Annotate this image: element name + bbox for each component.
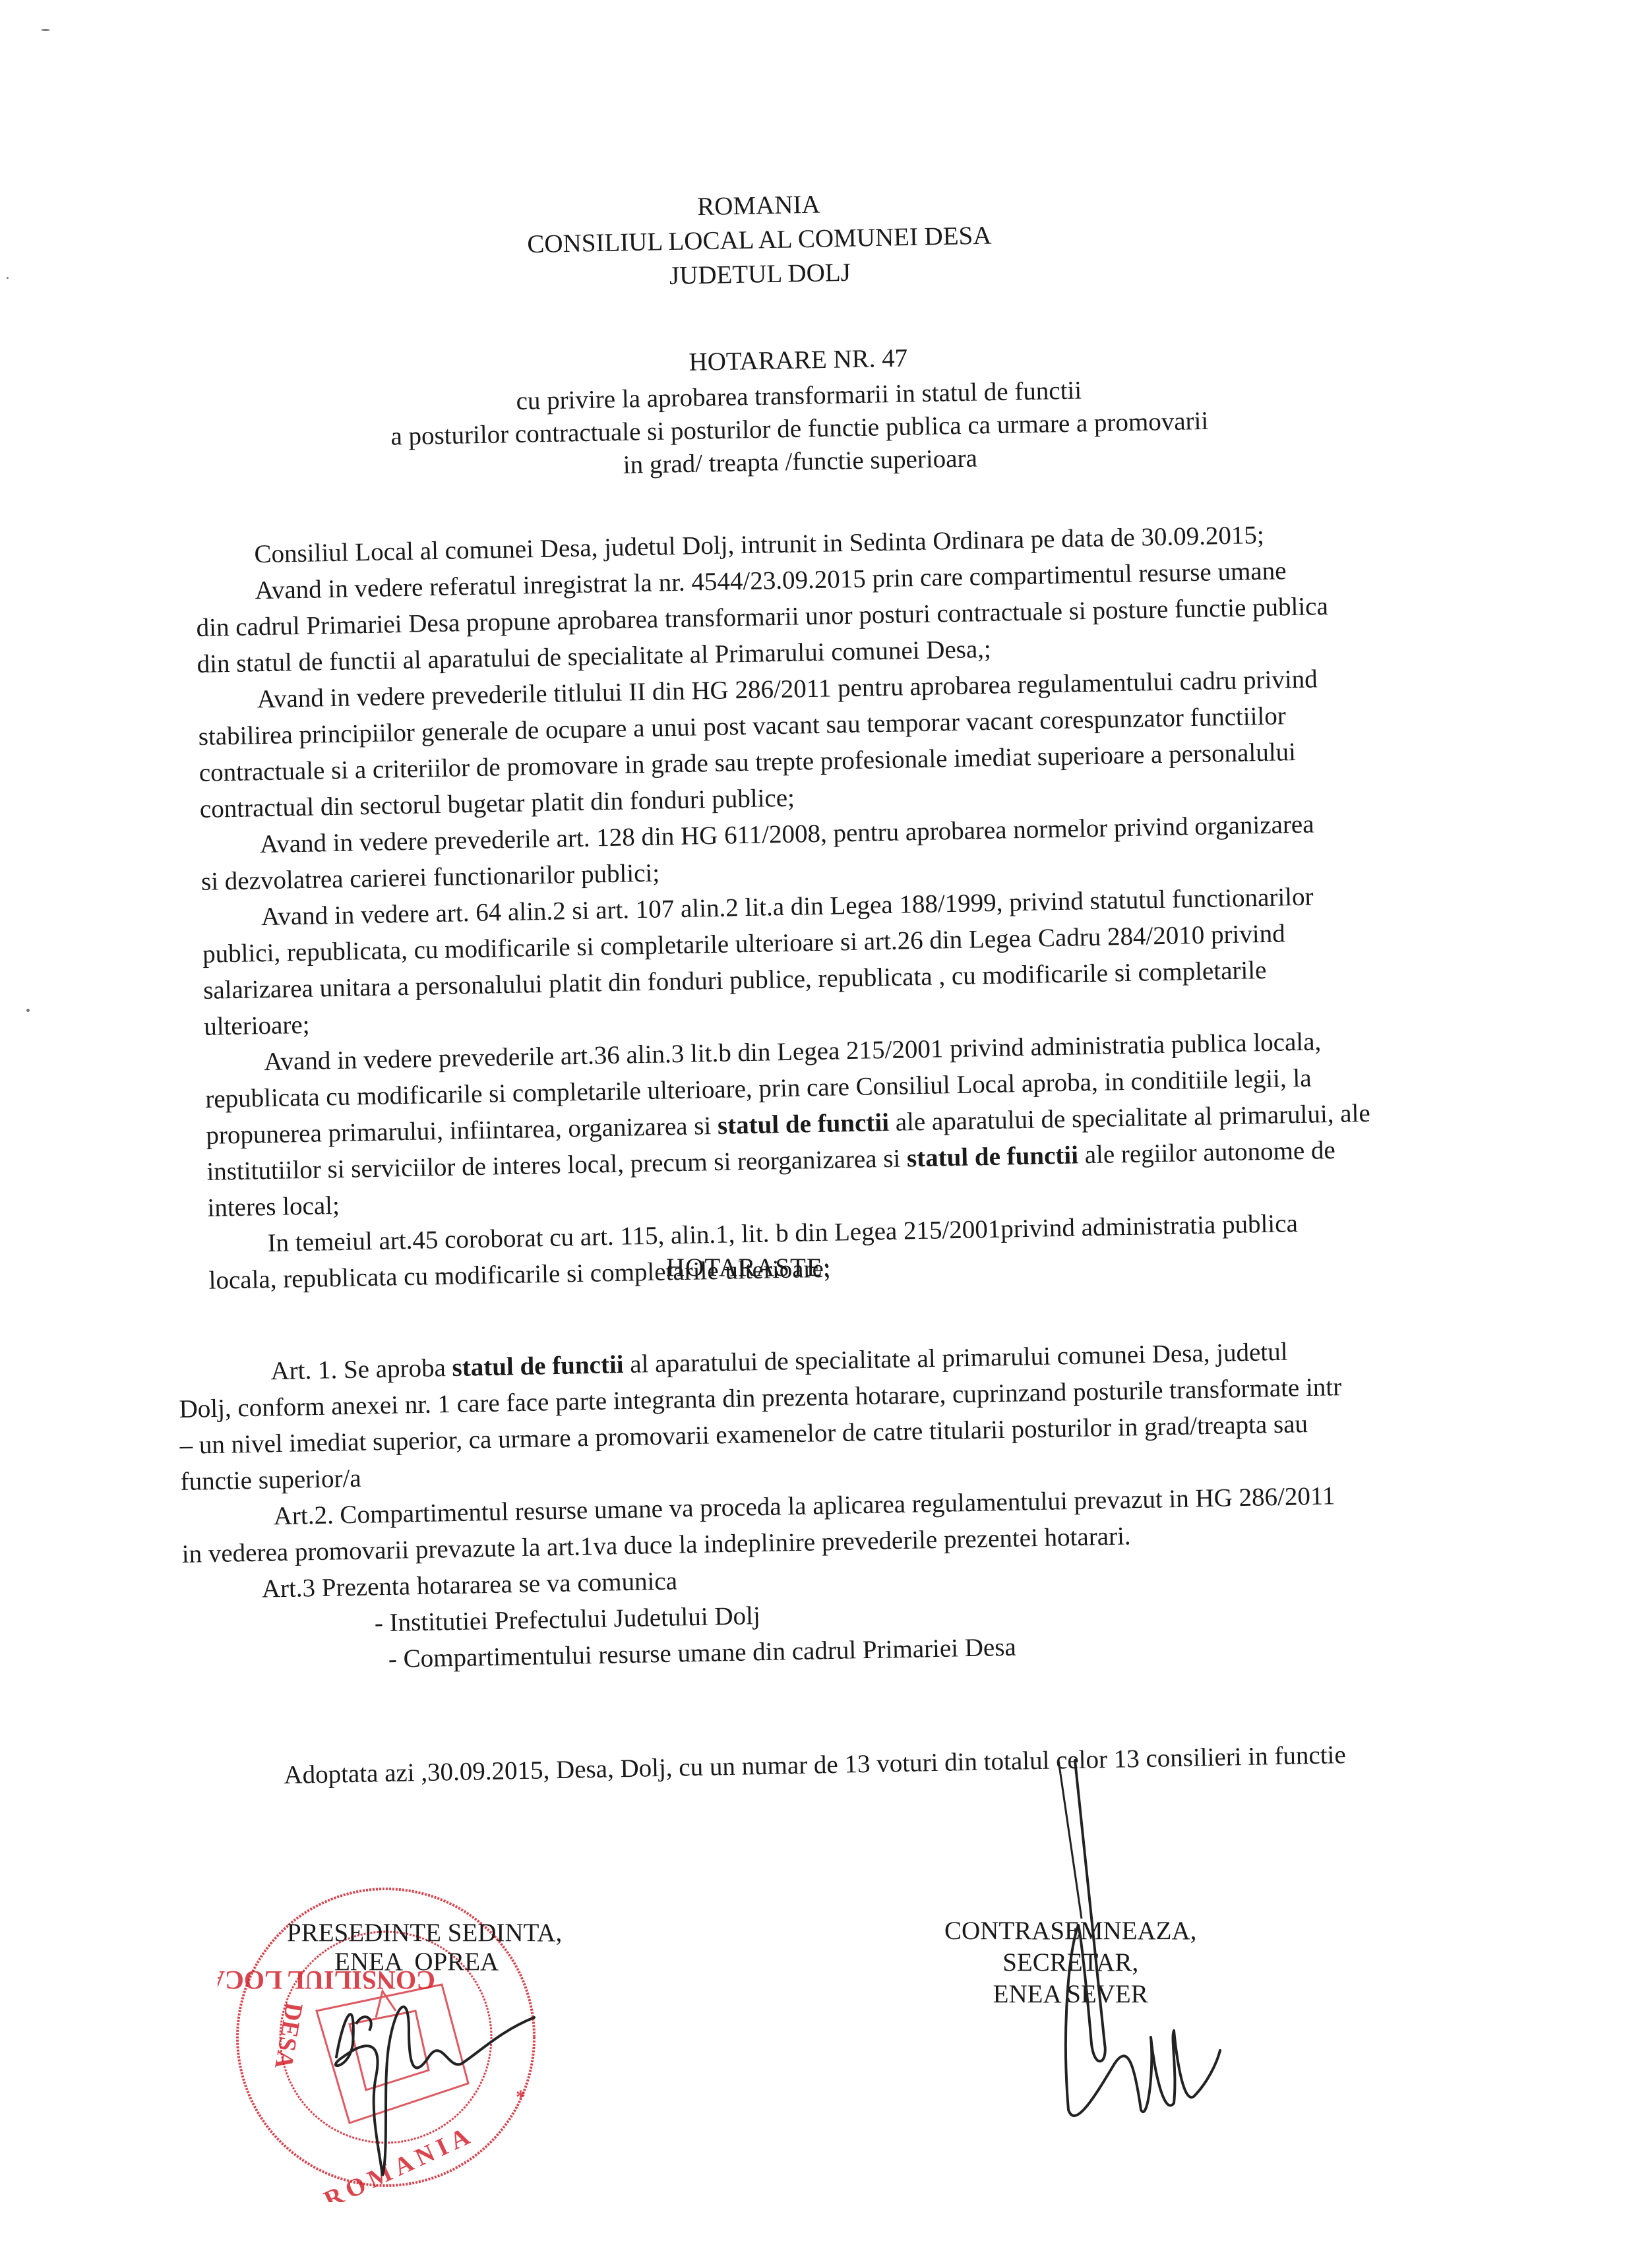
text-segment: propunerea primarului, infiintarea, orga… bbox=[206, 1112, 718, 1150]
articles-section: Art. 1. Se aproba statul de functii al a… bbox=[178, 1330, 1470, 1681]
preamble-paragraph: Avand in vedere prevederile art.36 alin.… bbox=[204, 1021, 1461, 1226]
decides-heading: HOTARASTE: bbox=[666, 1253, 831, 1282]
bold-term: statul de functii bbox=[718, 1108, 890, 1140]
scan-artifact bbox=[41, 29, 50, 31]
scan-artifact bbox=[26, 1009, 30, 1012]
article-1-prefix: Art. 1. Se aproba bbox=[270, 1354, 452, 1385]
text-segment: interes local; bbox=[207, 1191, 340, 1222]
president-name: ENEA OPREA bbox=[287, 1948, 562, 1977]
signature-block-president: PRESEDINTE SEDINTA, ENEA OPREA bbox=[287, 1919, 562, 1977]
decision-title-block: HOTARARE NR. 47 cu privire la aprobarea … bbox=[343, 336, 1256, 487]
president-role: PRESEDINTE SEDINTA, bbox=[287, 1919, 562, 1948]
scan-artifact bbox=[7, 277, 9, 279]
preamble: Consiliul Local al comunei Desa, judetul… bbox=[195, 514, 1462, 1299]
preamble-paragraph: Avand in vedere prevederile titlului II … bbox=[197, 658, 1453, 827]
stamp-text-left: DESA bbox=[269, 2000, 308, 2072]
president-handwritten-signature bbox=[317, 1978, 541, 2189]
bold-term: statul de functii bbox=[907, 1141, 1079, 1172]
text-segment: ale regiilor autonome de bbox=[1078, 1136, 1336, 1169]
text-segment: ale aparatului de specialitate al primar… bbox=[889, 1099, 1371, 1137]
article-1-bold-term: statul de functii bbox=[452, 1350, 624, 1382]
preamble-paragraph: Avand in vedere art. 64 alin.2 si art. 1… bbox=[202, 876, 1457, 1044]
secretary-handwritten-signature bbox=[1042, 1754, 1240, 2136]
article-1: Art. 1. Se aproba statul de functii al a… bbox=[178, 1330, 1467, 1500]
scanned-document-page: ROMANIA CONSILIUL LOCAL AL COMUNEI DESA … bbox=[0, 0, 1625, 2268]
document-header: ROMANIA CONSILIUL LOCAL AL COMUNEI DESA … bbox=[462, 183, 1057, 297]
